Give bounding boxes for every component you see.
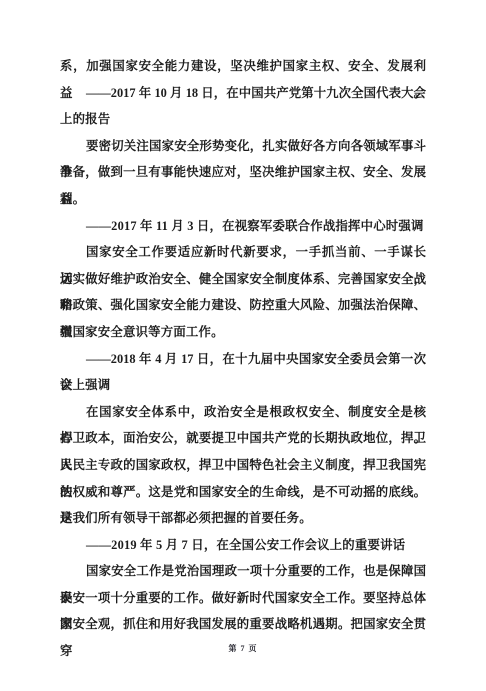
text-line: ——2017 年 10 月 18 日，在中国共产党第十九次全国代表大会 bbox=[60, 80, 426, 107]
text-line: 系，加强国家安全能力建设，坚决维护国家主权、安全、发展利益。 bbox=[60, 53, 426, 80]
text-line: 准备，做到一旦有事能快速应对，坚决维护国家主权、安全、发展利 bbox=[60, 159, 426, 186]
text-line: 的权威和尊严。这是党和国家安全的生命线，是不可动摇的底线。这 bbox=[60, 479, 426, 506]
text-line: 议上强调 bbox=[60, 372, 426, 399]
text-line: 民安一项十分重要的工作。做好新时代国家安全工作。要坚持总体国 bbox=[60, 585, 426, 612]
text-line: 国家安全工作是党治国理政一项十分重要的工作，也是保障国泰 bbox=[60, 558, 426, 585]
text-line: 捍卫政本，面治安公，就要提卫中国共产党的长期执政地位，捍卫人 bbox=[60, 425, 426, 452]
text-line: 和政策、强化国家安全能力建设、防控重大风险、加强法治保障、增 bbox=[60, 292, 426, 319]
text-line: 国家安全工作要适应新时代新要求，一手抓当前、一手谋长远， bbox=[60, 239, 426, 266]
text-line: 切实做好维护政治安全、健全国家安全制度体系、完善国家安全战略 bbox=[60, 266, 426, 293]
text-line: 强国家安全意识等方面工作。 bbox=[60, 319, 426, 346]
document-text-body: 系，加强国家安全能力建设，坚决维护国家主权、安全、发展利益。——2017 年 1… bbox=[60, 53, 426, 638]
text-line: ——2019 年 5 月 7 日，在全国公安工作会议上的重要讲话 bbox=[60, 532, 426, 559]
text-line: 要密切关注国家安全形势变化，扎实做好各方向各领域军事斗争 bbox=[60, 133, 426, 160]
text-line: 民民主专政的国家政权，捍卫中国特色社会主义制度，捍卫我国宪法 bbox=[60, 452, 426, 479]
text-line: 在国家安全体系中，政治安全是根政权安全、制度安全是核心。 bbox=[60, 399, 426, 426]
document-page: 系，加强国家安全能力建设，坚决维护国家主权、安全、发展利益。——2017 年 1… bbox=[0, 0, 486, 691]
page-number: 第 7 页 bbox=[0, 643, 486, 654]
text-line: 家安全观，抓住和用好我国发展的重要战略机遇期。把国家安全贯穿 bbox=[60, 611, 426, 638]
text-line: ——2017 年 11 月 3 日，在视察军委联合作战指挥中心时强调 bbox=[60, 213, 426, 240]
text-line: 益。 bbox=[60, 186, 426, 213]
text-line: ——2018 年 4 月 17 日，在十九届中央国家安全委员会第一次会 bbox=[60, 346, 426, 373]
text-line: 上的报告 bbox=[60, 106, 426, 133]
text-line: 是我们所有领导干部都必须把握的首要任务。 bbox=[60, 505, 426, 532]
